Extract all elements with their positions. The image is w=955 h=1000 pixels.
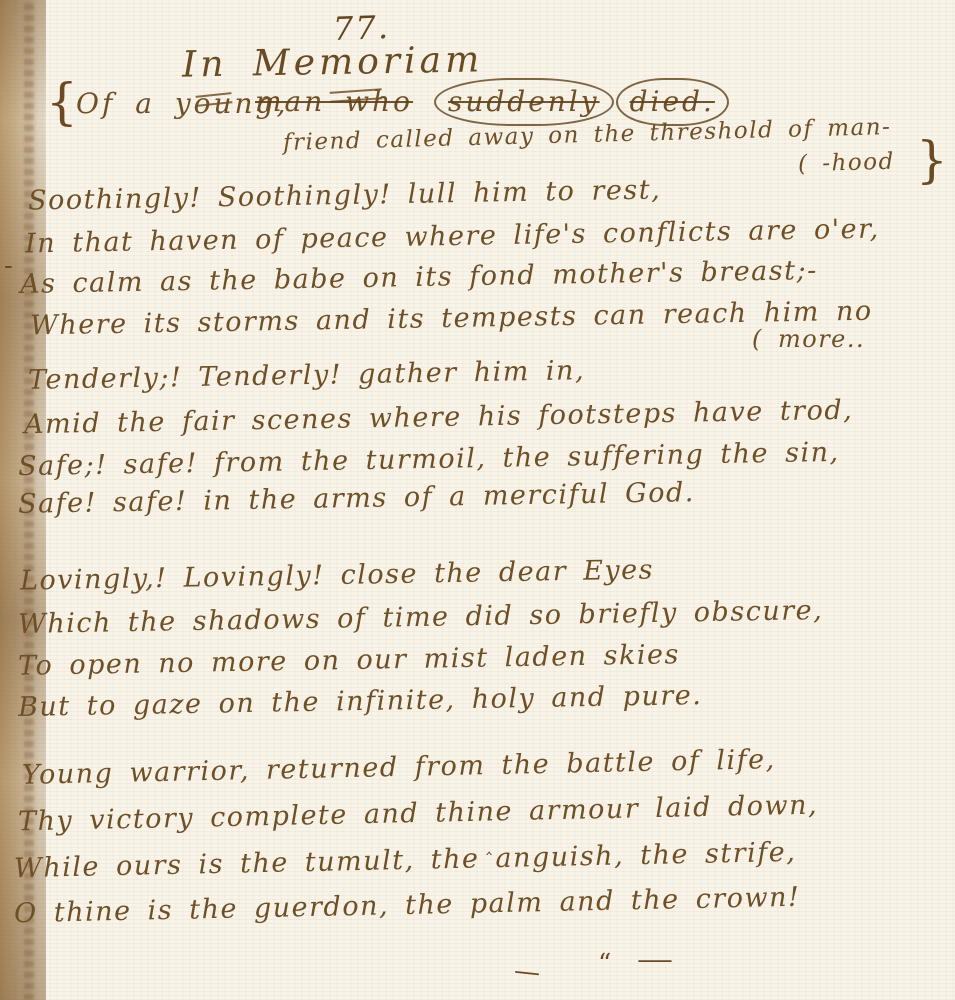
stanza2-line1: Tenderly;! Tenderly! gather him in,	[28, 355, 586, 396]
subtitle-revision-wrap: ( -hood	[798, 149, 895, 178]
stanza4-line2: Thy victory complete and thine armour la…	[18, 790, 819, 838]
subtitle-close-brace: }	[916, 132, 948, 190]
footer-dash-left: —	[513, 957, 542, 989]
stanza1-line2: In that haven of peace where life's conf…	[25, 214, 880, 260]
stanza2-line4: Safe! safe! in the arms of a merciful Go…	[18, 477, 695, 520]
subtitle-struck-phrase: man who suddenlydied.	[255, 86, 730, 118]
stanza3-line1: Lovingly,! Lovingly! close the dear Eyes	[20, 554, 654, 596]
subtitle-open-brace: {	[46, 74, 78, 132]
circled-word-suddenly: suddenly	[434, 78, 614, 126]
struck-words: man who	[255, 85, 413, 118]
stanza1-line4: Where its storms and its tempests can re…	[30, 296, 873, 342]
stanza2-line3: Safe;! safe! from the turmoil, the suffe…	[18, 437, 840, 482]
stanza2-line2: Amid the fair scenes where his footsteps…	[24, 395, 854, 441]
stanza3-line2: Which the shadows of time did so briefly…	[18, 595, 824, 640]
stanza3-line4: But to gaze on the infinite, holy and pu…	[18, 680, 703, 723]
stanza1-overflow: ( more..	[752, 326, 865, 354]
margin-dash: -	[4, 252, 13, 282]
poem-title: In Memoriam	[182, 39, 484, 86]
stanza4-line1: Young warrior, returned from the battle …	[22, 744, 776, 791]
stanza3-line3: To open no more on our mist laden skies	[18, 639, 680, 682]
footer-dash-right: —	[637, 946, 673, 976]
stanza1-line1: Soothingly! Soothingly! lull him to rest…	[28, 174, 662, 216]
stanza4-line4: O thine is the guerdon, the palm and the…	[14, 882, 801, 930]
manuscript-page: 77. In Memoriam { Of a young, man who su…	[0, 0, 955, 1000]
footer-quote-mark: “	[598, 950, 611, 980]
subtitle-revision-line: friend called away on the threshold of m…	[283, 114, 892, 156]
stanza1-line3: As calm as the babe on its fond mother's…	[20, 255, 818, 300]
stanza4-line3: While ours is the tumult, the anguish, t…	[14, 837, 797, 884]
